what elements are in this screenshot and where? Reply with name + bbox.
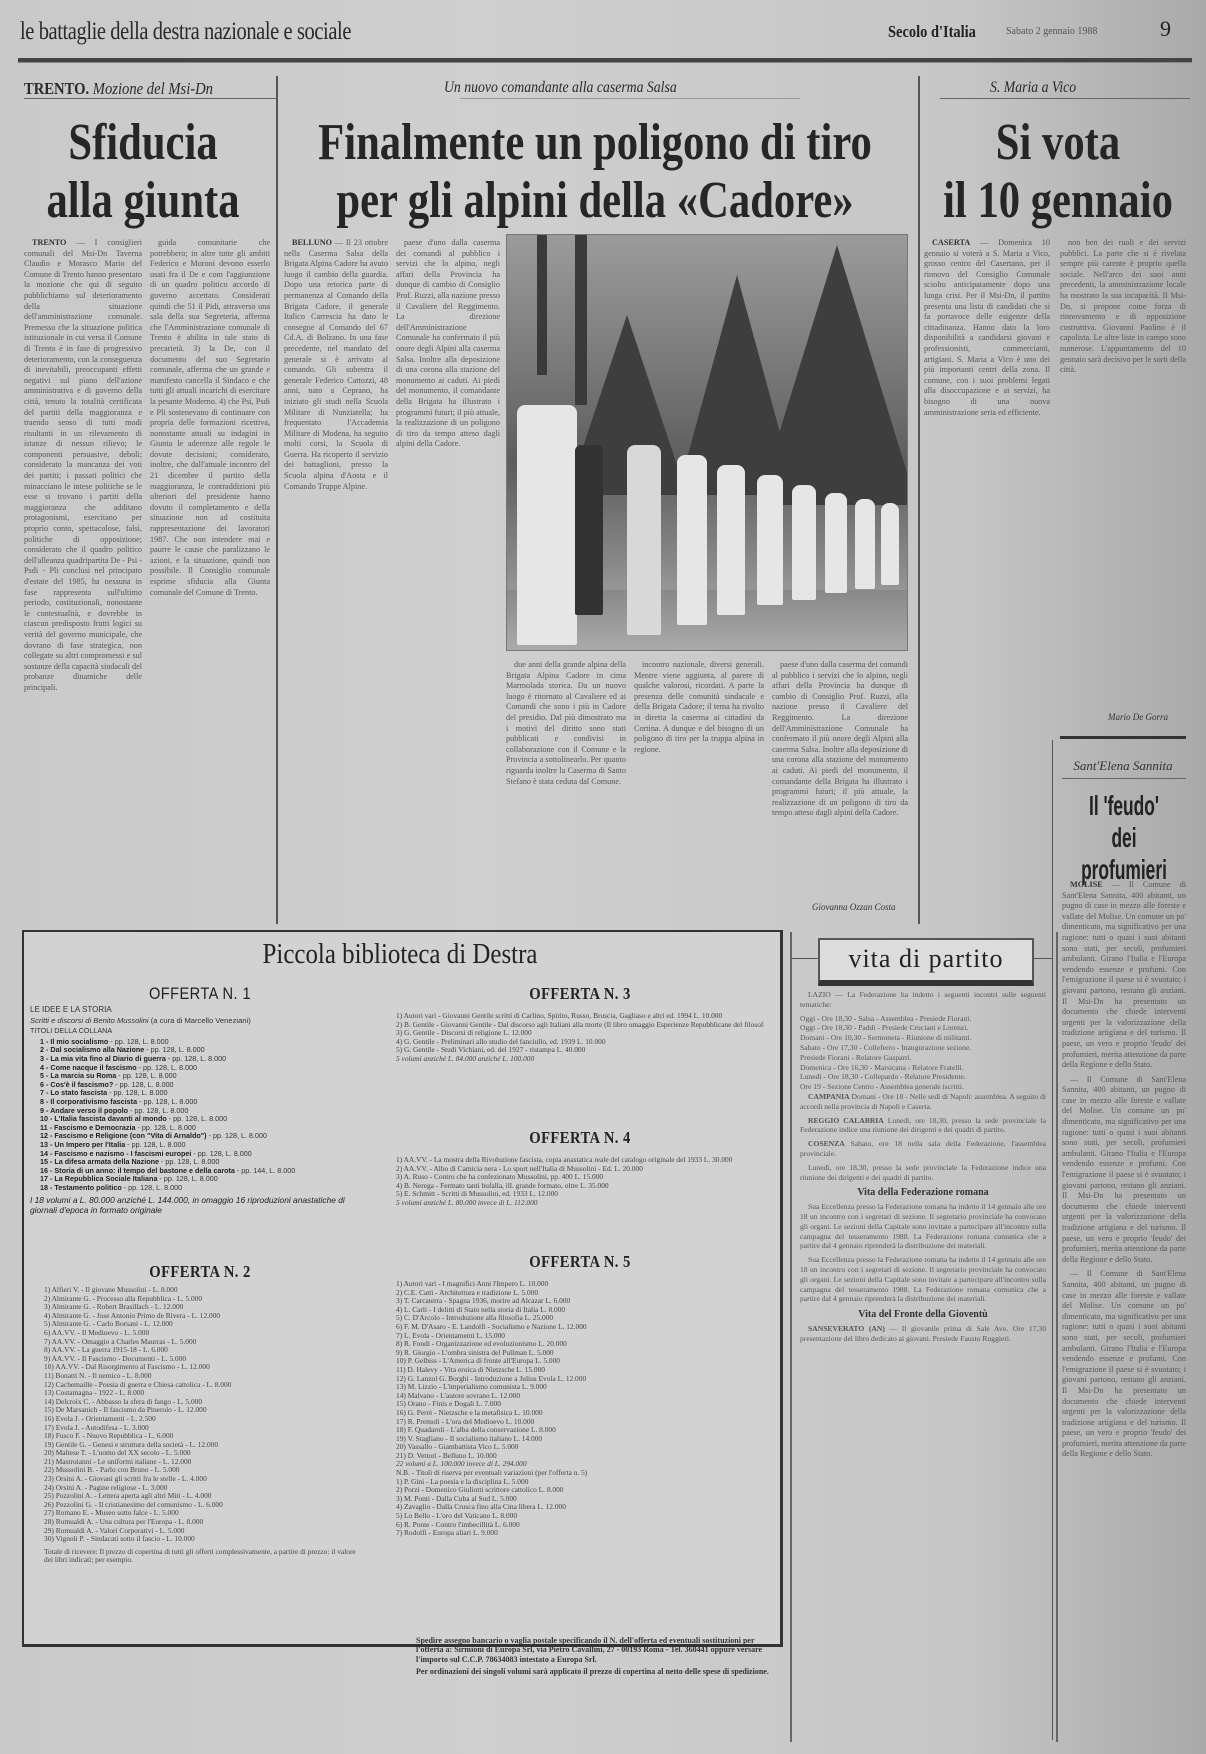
list-item: 12) G. Lanzol G. Borghi - Introduzione a… <box>396 1375 764 1384</box>
series-title: LE IDEE E LA STORIA <box>30 1006 370 1015</box>
body-text: guida comunitarie che potrebbero; in alt… <box>150 238 270 598</box>
dateline: MOLISE <box>1070 880 1103 889</box>
list-item: 7) Rodolfi - Europa aliari L. 9.000 <box>396 1529 764 1538</box>
list-item: Oggi - Ore 18,30 - Paddi - Presiede Cruc… <box>800 1023 1046 1033</box>
list-item: 11) Bonatti N. - Il nemico - L. 8.000 <box>44 1372 364 1381</box>
kicker-rule <box>1062 778 1186 779</box>
list-item: Sabato - Ore 17,30 - Colleferro - Inaugu… <box>800 1043 1046 1053</box>
list-item: 15) De Marsanich - Il fascismo da Pinero… <box>44 1406 364 1415</box>
list-item: 1 - Il mio socialismo - pp. 128, L. 8.00… <box>40 1038 370 1047</box>
list-item: 5) Lo Bello - L'oro del Vaticano L. 8.00… <box>396 1512 764 1521</box>
list-item: 16) Evola J. - Orientamenti - L. 2.500 <box>44 1415 364 1424</box>
list-item: Oggi - Ore 18,30 - Salsa - Assemblea - P… <box>800 1014 1046 1024</box>
list-item: 25) Pozzolini A. - Lettera aperta agli a… <box>44 1492 364 1501</box>
list-item: 9) R. Giorgio - L'ombra sinistra del Pul… <box>396 1349 764 1358</box>
list-item: 2) Porzi - Domenico Giuliotti scrittore … <box>396 1486 764 1495</box>
headline-line: dei profumieri <box>1074 822 1173 886</box>
list-item: 12) Cachemaille - Poesia di guerra e Chi… <box>44 1381 364 1390</box>
list-item: 18 - Testamento politico - pp. 128, L. 8… <box>40 1184 370 1193</box>
list-item: 7) L. Evola - Orientamenti L. 15.000 <box>396 1332 764 1341</box>
list-item: 7 - Lo stato fascista - pp. 128, L. 8.00… <box>40 1089 370 1098</box>
book-info: - pp. 128, L. 8.000 <box>166 1055 226 1063</box>
salsa-body-col1: BELLUNO — Il 23 ottobre nella Caserma Sa… <box>284 238 388 918</box>
list-item: 20) Maltese T. - L'uomo del XX secolo - … <box>44 1449 364 1458</box>
list-item: 2) B. Gentile - Giovanni Gentile - Dal d… <box>396 1021 764 1030</box>
book-title: 10 - L'Italia fascista davanti al mondo <box>40 1115 167 1123</box>
dateline: BELLUNO <box>292 238 332 247</box>
book-title: 18 - Testamento politico <box>40 1184 122 1192</box>
vita-lines: Oggi - Ore 18,30 - Salsa - Assemblea - P… <box>800 1014 1046 1092</box>
headline-line: alla giunta <box>34 172 252 230</box>
list-item: 4) Almirante G. - Jose Antonio Primo de … <box>44 1312 364 1321</box>
book-info: - pp. 128, L. 8.000 <box>207 1132 267 1140</box>
list-item: 7) AA.VV. - Omaggio a Charles Maurras - … <box>44 1338 364 1347</box>
list-item: 17 - La Repubblica Sociale Italiana - pp… <box>40 1175 370 1184</box>
fronte-gioventu-head: Vita del Fronte della Gioventù <box>800 1310 1046 1320</box>
salsa-byline: Giovanna Ozzan Costa <box>812 902 896 912</box>
article-rule <box>1060 736 1186 739</box>
list-item: 8) R. Fondi - Organizzazione ed evoluzio… <box>396 1340 764 1349</box>
trento-body-col1: TRENTO — I consiglieri comunali del Msi-… <box>24 238 142 918</box>
body-text: LAZIO — La Federazione ha indetto i segu… <box>800 990 1046 1010</box>
offerta-2-list: 1) Alfieri V. - Il giovane Mussolini - L… <box>44 1286 364 1544</box>
list-item: 10 - L'Italia fascista davanti al mondo … <box>40 1115 370 1124</box>
book-title: 11 - Fascismo e Democrazia <box>40 1124 135 1132</box>
body-text: paese d'uno dalla caserma dei comandi al… <box>772 660 908 819</box>
book-title: 4 - Come nacque il fascismo <box>40 1064 137 1072</box>
body-text: Sua Eccellenza presso la Federazione rom… <box>800 1202 1046 1251</box>
offerta-5-reserve-list: 1) P. Gini - La poesia e la disciplina L… <box>396 1478 764 1538</box>
offerta-1-list: 1 - Il mio socialismo - pp. 128, L. 8.00… <box>30 1038 370 1193</box>
kicker-rule <box>460 98 800 99</box>
list-item: 11) D. Halevy - Vita eroica di Nietzsche… <box>396 1366 764 1375</box>
list-item: 1) Autori vari - I magnifici Anni l'Impe… <box>396 1280 764 1289</box>
santa-maria-byline: Mario De Gorra <box>1108 712 1168 722</box>
list-item: 2) C.E. Cattì - Architettura e tradizion… <box>396 1289 764 1298</box>
offerta-2-content: 1) Alfieri V. - Il giovane Mussolini - L… <box>44 1286 364 1565</box>
list-item: 27) Romano E. - Museo sotto falce - L. 5… <box>44 1509 364 1518</box>
book-info: - pp. 128, L. 8.000 <box>116 1072 176 1080</box>
santa-maria-headline: Si vota il 10 gennaio <box>927 114 1189 230</box>
list-item: 3) M. Ponti - Dalla Cuba al Sud L. 5.000 <box>396 1495 764 1504</box>
list-item: Domani - Ore 10,30 - Sermoneta - Riunion… <box>800 1033 1046 1043</box>
list-item: 6) R. Ponte - Contro l'imbecillità L. 6.… <box>396 1521 764 1530</box>
alpini-photo <box>506 234 908 651</box>
list-item: 13) Costamagna - 1922 - L. 8.000 <box>44 1389 364 1398</box>
series-editor: (a cura di Marcello Veneziani) <box>151 1016 251 1025</box>
headline-line: Sfiducia <box>34 114 252 172</box>
list-item: 22) Mussolini B. - Parlo con Bruno - L. … <box>44 1466 364 1475</box>
headline-line: Si vota <box>927 114 1189 172</box>
list-item: 8 - Il corporativismo fascista - pp. 128… <box>40 1098 370 1107</box>
offerta-4-heading: OFFERTA N. 4 <box>417 1128 744 1148</box>
list-item: 18) Fusco F. - Nuovo Repubblica - L. 6.0… <box>44 1432 364 1441</box>
book-info: - pp. 128, L. 8.000 <box>128 1107 188 1115</box>
list-item: 1) AA.VV. - La mostra della Rivoluzione … <box>396 1156 764 1165</box>
book-info: - pp. 128, L. 8.000 <box>113 1081 173 1089</box>
salsa-body-col2: paese d'uno dalla caserma dei comandi al… <box>396 238 500 918</box>
offerta-3-heading: OFFERTA N. 3 <box>417 984 744 1004</box>
list-item: 4 - Come nacque il fascismo - pp. 128, L… <box>40 1064 370 1073</box>
book-info: - pp. 128, L. 8.000 <box>108 1038 168 1046</box>
santelena-kicker: Sant'Elena Sannita <box>1056 758 1190 774</box>
offerta-3-footer: 5 volumi anziché L. 84.000 anziché L. 10… <box>396 1055 764 1064</box>
list-item: 30) Vignoli P. - Sindacati sotto il fasc… <box>44 1535 364 1544</box>
book-title: 14 - Fascismo e nazismo - I fascismi eur… <box>40 1150 191 1158</box>
region-head: REGGIO CALABRIA <box>808 1116 884 1125</box>
book-info: - pp. 128, L. 8.000 <box>191 1150 251 1158</box>
trento-headline: Sfiducia alla giunta <box>34 114 252 230</box>
list-item: 8) AA.VV. - La guerra 1915-18 - L. 6.000 <box>44 1346 364 1355</box>
book-title: 8 - Il corporativismo fascista <box>40 1098 137 1106</box>
book-title: 1 - Il mio socialismo <box>40 1038 108 1046</box>
newspaper-name: Secolo d'Italia <box>888 22 976 42</box>
list-item: 15) Orano - Finis e Dogali L. 7.000 <box>396 1400 764 1409</box>
book-info: - pp. 128, L. 8.000 <box>159 1158 219 1166</box>
list-item: 23) Orsini A. - Giovani gli scritti fra … <box>44 1475 364 1484</box>
list-item: 4) G. Gentile - Preliminari allo studio … <box>396 1038 764 1047</box>
offerta-3-list: 1) Autori vari - Giovanni Gentile scritt… <box>396 1012 764 1055</box>
list-item: 9) AA.VV. - Il Fascismo - Documenti - L.… <box>44 1355 364 1364</box>
list-item: 19) Gentile G. - Genesi e struttura dell… <box>44 1441 364 1450</box>
book-info: - pp. 128, L. 8.000 <box>122 1184 182 1192</box>
salsa-body-col3: due anni della grande alpina della Briga… <box>506 660 626 918</box>
list-item: Presiede Fiorani - Relatore Gasparri. <box>800 1053 1046 1063</box>
offerta-2-footer: Totale di ricevere: Il prezzo di coperti… <box>44 1548 364 1565</box>
vita-di-partito-title: vita di partito <box>818 938 1034 986</box>
offerta-1-heading: OFFERTA N. 1 <box>54 984 346 1004</box>
newspaper-page: le battaglie della destra nazionale e so… <box>0 0 1206 1754</box>
offerta-5-list: 1) Autori vari - I magnifici Anni l'Impe… <box>396 1280 764 1460</box>
ordering-note: Per ordinazioni dei singoli volumi sarà … <box>416 1667 776 1676</box>
offerta-4-list: 1) AA.VV. - La mostra della Rivoluzione … <box>396 1156 764 1199</box>
offerta-4-footer: 5 volumi anziché L. 80.000 invece di L. … <box>396 1199 764 1208</box>
list-item: 1) Autori vari - Giovanni Gentile scritt… <box>396 1012 764 1021</box>
titles-label: TITOLI DELLA COLLANA <box>30 1027 370 1036</box>
list-item: 17) R. Premoli - L'ora del Medioevo L. 1… <box>396 1418 764 1427</box>
list-item: 4) L. Carli - I delitti di Stato nella s… <box>396 1306 764 1315</box>
list-item: 16 - Storia di un anno: il tempo del bas… <box>40 1167 370 1176</box>
book-title: 3 - La mia vita fino al Diario di guerra <box>40 1055 166 1063</box>
body-text: — I consiglieri comunali del Msi-Dn Tave… <box>24 238 142 692</box>
offerta-2-heading: OFFERTA N. 2 <box>54 1262 346 1282</box>
book-info: - pp. 128, L. 8.000 <box>167 1115 227 1123</box>
issue-date: Sabato 2 gennaio 1988 <box>1006 26 1097 37</box>
list-item: 3) G. Gentile - Discorsi di religione L.… <box>396 1029 764 1038</box>
list-item: 6) AA.VV. - Il Medioevo - L. 5.000 <box>44 1329 364 1338</box>
list-item: 6 - Cos'è il fascismo? - pp. 128, L. 8.0… <box>40 1081 370 1090</box>
list-item: 10) P. Gelbiss - L'America di fronte all… <box>396 1357 764 1366</box>
list-item: Domenica - Ore 16,30 - Marsicana - Relat… <box>800 1063 1046 1073</box>
book-info: - pp. 128, L. 8.000 <box>125 1141 185 1149</box>
offerta-1-summary: I 18 volumi a L. 80.000 anziché L. 144.0… <box>30 1195 370 1215</box>
offerta-5-content: 1) Autori vari - I magnifici Anni l'Impe… <box>396 1280 764 1538</box>
santelena-headline: Il 'feudo' dei profumieri <box>1074 790 1173 886</box>
section-title: le battaglie della destra nazionale e so… <box>20 18 351 46</box>
santa-maria-body-col1: CASERTA — Domenica 10 gennaio si voterà … <box>924 238 1050 918</box>
list-item: 4) Zavaglio - Dalla Crusca fino alla Cin… <box>396 1503 764 1512</box>
salsa-body-col4: incontro nazionale, diversi generali. Me… <box>634 660 764 918</box>
list-item: 1) P. Gini - La poesia e la disciplina L… <box>396 1478 764 1487</box>
offerta-3-content: 1) Autori vari - Giovanni Gentile scritt… <box>396 1012 764 1064</box>
santelena-body: MOLISE — Il Comune di Sant'Elena Sannita… <box>1062 880 1186 1740</box>
list-item: 19) V. Stagliano - Il socialismo italian… <box>396 1435 764 1444</box>
list-item: 2 - Dal socialismo alla Nazione - pp. 12… <box>40 1046 370 1055</box>
body-text: — Il Comune di Sant'Elena Sannita, 400 a… <box>1062 1269 1186 1460</box>
book-info: - pp. 128, L. 8.000 <box>137 1098 197 1106</box>
body-text: Sua Eccellenza presso la Federazione rom… <box>800 1255 1046 1304</box>
list-item: 20) Vassallo - Giambattista Vico L. 5.00… <box>396 1443 764 1452</box>
headline-line: Finalmente un poligono di tiro <box>312 114 878 172</box>
book-title: 13 - Un Impero per l'Italia <box>40 1141 125 1149</box>
list-item: 5) C. D'Arcolo - Introduzione alla filos… <box>396 1314 764 1323</box>
book-title: 15 - La difesa armata della Nazione <box>40 1158 159 1166</box>
region-head: COSENZA <box>808 1139 845 1148</box>
offerta-5-nb: N.B. - Titoli di riserva per eventuali v… <box>396 1469 764 1478</box>
list-item: 5) Almirante G. - Carlo Borsani - L. 12.… <box>44 1320 364 1329</box>
offerta-1-content: LE IDEE E LA STORIA Scritti e discorsi d… <box>30 1006 370 1215</box>
list-item: 18) F. Quadaroli - L'alba della conserva… <box>396 1426 764 1435</box>
book-info: - pp. 128, L. 8.000 <box>144 1046 204 1054</box>
list-item: 6) F. M. D'Asaro - E. Landolfi - Sociali… <box>396 1323 764 1332</box>
list-item: 11 - Fascismo e Democrazia - pp. 128, L.… <box>40 1124 370 1133</box>
body-text: incontro nazionale, diversi generali. Me… <box>634 660 764 755</box>
biblioteca-title: Piccola biblioteca di Destra <box>75 938 725 971</box>
body-text: due anni della grande alpina della Briga… <box>506 660 626 787</box>
headline-line: Il 'feudo' <box>1074 790 1173 822</box>
book-title: 12 - Fascismo e Religione (con "Vita di … <box>40 1132 207 1140</box>
list-item: 28) Romualdi A. - Una cultura per l'Euro… <box>44 1518 364 1527</box>
list-item: 17) Evola J. - Autodifesa - L. 3.000 <box>44 1424 364 1433</box>
body-text: — Il 23 ottobre nella Caserma Salsa dell… <box>284 238 388 491</box>
box-rule <box>792 958 818 959</box>
column-divider <box>918 76 920 924</box>
page-number: 9 <box>1160 16 1171 42</box>
book-title: 17 - La Repubblica Sociale Italiana <box>40 1175 157 1183</box>
kicker-rule <box>24 98 276 99</box>
list-item: 3) A. Ruso - Contro che ha confezionato … <box>396 1173 764 1182</box>
book-info: - pp. 128, L. 8.000 <box>157 1175 217 1183</box>
list-item: 2) Almirante G. - Processo alla Repubbli… <box>44 1295 364 1304</box>
book-title: 7 - Lo stato fascista <box>40 1089 107 1097</box>
trento-kicker: TRENTO. Mozione del Msi-Dn <box>24 79 213 99</box>
salsa-kicker: Un nuovo comandante alla caserma Salsa <box>444 79 677 97</box>
list-item: 15 - La difesa armata della Nazione - pp… <box>40 1158 370 1167</box>
offerta-5-heading: OFFERTA N. 5 <box>417 1252 744 1272</box>
list-item: 3 - La mia vita fino al Diario di guerra… <box>40 1055 370 1064</box>
book-title: 6 - Cos'è il fascismo? <box>40 1081 113 1089</box>
santa-maria-body-col2: non ben dei ruoli e dei servizi pubblici… <box>1060 238 1186 698</box>
list-item: 14 - Fascismo e nazismo - I fascismi eur… <box>40 1150 370 1159</box>
column-divider <box>276 76 278 924</box>
santa-maria-kicker: S. Maria a Vico <box>990 79 1076 97</box>
trento-kicker-place: TRENTO. <box>24 79 89 98</box>
trento-kicker-text: Mozione del Msi-Dn <box>93 79 213 98</box>
body-text: Lunedì, ore 18,30, presso la sede provin… <box>800 1163 1046 1183</box>
kicker-rule <box>940 98 1190 99</box>
list-item: 9 - Andare verso il popolo - pp. 128, L.… <box>40 1107 370 1116</box>
dateline: CASERTA <box>932 238 970 247</box>
book-title: 2 - Dal socialismo alla Nazione <box>40 1046 144 1054</box>
list-item: 21) Mastroianni - Le uniformi italiane -… <box>44 1458 364 1467</box>
list-item: 14) Malvano - L'autore sovrano L. 12.000 <box>396 1392 764 1401</box>
list-item: 13 - Un Impero per l'Italia - pp. 128, L… <box>40 1141 370 1150</box>
headline-line: per gli alpini della «Cadore» <box>312 172 878 230</box>
list-item: 14) Delcroix C. - Abbasso la sfera di fa… <box>44 1398 364 1407</box>
list-item: 13) M. Lizzio - L'imperialismo comunista… <box>396 1383 764 1392</box>
body-text: — Il Comune di Sant'Elena Sannita, 400 a… <box>1062 880 1186 1069</box>
list-item: 4) B. Nerega - Fermato tanti bufalla, il… <box>396 1182 764 1191</box>
book-info: - pp. 128, L. 8.000 <box>137 1064 197 1072</box>
book-info: - pp. 144, L. 8.000 <box>235 1167 295 1175</box>
list-item: 3) Almirante G. - Robert Brasillach - L.… <box>44 1303 364 1312</box>
vita-di-partito-body: LAZIO — La Federazione ha indetto i segu… <box>800 990 1046 1740</box>
list-item: 24) Orsini A. - Pagine religiose - L. 3.… <box>44 1484 364 1493</box>
series-author: Scritti e discorsi di Benito Mussolini <box>30 1016 149 1025</box>
book-info: - pp. 128, L. 8.000 <box>107 1089 167 1097</box>
dateline: TRENTO <box>32 238 66 247</box>
headline-line: il 10 gennaio <box>927 172 1189 230</box>
book-title: 16 - Storia di un anno: il tempo del bas… <box>40 1167 235 1175</box>
ordering-text: Spedire assegno bancario o vaglia postal… <box>416 1636 776 1664</box>
federazione-romana-head: Vita della Federazione romana <box>800 1188 1046 1198</box>
list-item: 29) Romualdi A. - Valori Corporativi - L… <box>44 1527 364 1536</box>
list-item: 12 - Fascismo e Religione (con "Vita di … <box>40 1132 370 1141</box>
list-item: 10) AA.VV. - Dal Risorgimento al Fascism… <box>44 1363 364 1372</box>
list-item: 26) Pozzolini G. - Il cristianesimo del … <box>44 1501 364 1510</box>
book-info: - pp. 128, L. 8.000 <box>135 1124 195 1132</box>
list-item: 2) AA.VV. - Albo di Camicia nera - Lo sp… <box>396 1165 764 1174</box>
list-item: 5 - La marcia su Roma - pp. 128, L. 8.00… <box>40 1072 370 1081</box>
region-head: CAMPANIA <box>808 1092 850 1101</box>
body-text: non ben dei ruoli e dei servizi pubblici… <box>1060 238 1186 376</box>
book-title: 9 - Andare verso il popolo <box>40 1107 128 1115</box>
trento-body-col2: guida comunitarie che potrebbero; in alt… <box>150 238 270 918</box>
list-item: Lunedì - Ore 18,30 - Collepardo - Relato… <box>800 1072 1046 1082</box>
body-text: paese d'uno dalla caserma dei comandi al… <box>396 238 500 450</box>
body-text: — Domenica 10 gennaio si voterà a S. Mar… <box>924 238 1050 417</box>
list-item: 3) T. Carcaterra - Spagna 1936, morire a… <box>396 1297 764 1306</box>
list-item: Ore 19 - Sezione Centro - Assemblea gene… <box>800 1082 1046 1092</box>
list-item: 1) Alfieri V. - Il giovane Mussolini - L… <box>44 1286 364 1295</box>
ordering-instructions: Spedire assegno bancario o vaglia postal… <box>416 1636 776 1677</box>
header-rule <box>18 58 1192 63</box>
salsa-headline: Finalmente un poligono di tiro per gli a… <box>312 114 878 230</box>
body-text: — Il Comune di Sant'Elena Sannita, 400 a… <box>1062 1075 1186 1266</box>
series-subtitle: Scritti e discorsi di Benito Mussolini (… <box>30 1017 370 1026</box>
salsa-body-col5: paese d'uno dalla caserma dei comandi al… <box>772 660 908 896</box>
list-item: 16) G. Perrè - Nietzsche e la metafisica… <box>396 1409 764 1418</box>
dateline: SANSEVERATO (AN) <box>808 1324 885 1333</box>
book-title: 5 - La marcia su Roma <box>40 1072 116 1080</box>
offerta-4-content: 1) AA.VV. - La mostra della Rivoluzione … <box>396 1156 764 1208</box>
